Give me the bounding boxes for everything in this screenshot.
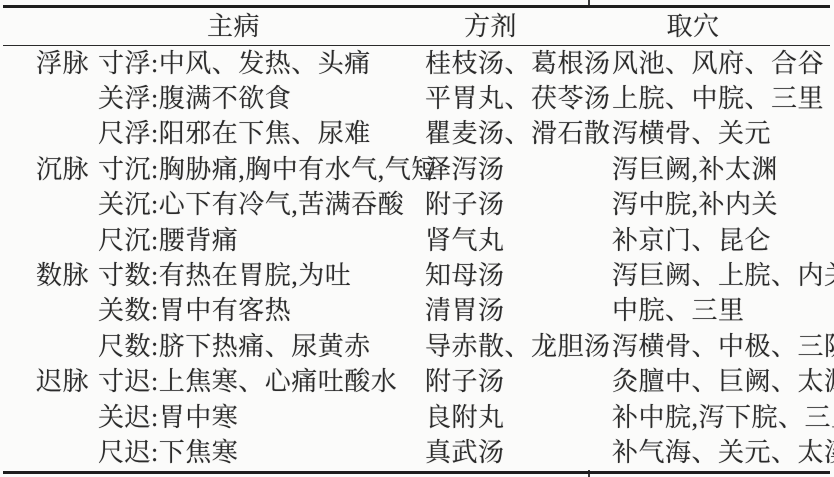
header-pulse-blank (3, 8, 98, 45)
points-cell: 补中脘,泻下脘、三里 (612, 400, 834, 435)
table-row: 关沉:心下有冷气,苦满吞酸 附子汤 泻中脘,补内关 (3, 188, 830, 223)
formula-cell: 真武汤 (425, 435, 612, 470)
formula-cell: 清胃汤 (425, 294, 612, 329)
pulse-label: 沉脉 (3, 152, 98, 187)
disease-cell: 关浮:腹满不欲食 (98, 81, 425, 116)
disease-cell: 寸数:有热在胃脘,为吐 (98, 258, 425, 293)
points-cell: 泻巨阙、上脘、内关 (612, 258, 834, 293)
table-row: 关浮:腹满不欲食 平胃丸、茯苓汤 上脘、中脘、三里 (3, 81, 830, 116)
header-formula: 方剂 (425, 8, 612, 45)
points-cell: 泻横骨、关元 (612, 117, 830, 152)
table-row: 浮脉 寸浮:中风、发热、头痛 桂枝汤、葛根汤 风池、风府、合谷 (3, 46, 830, 81)
pulse-label: 迟脉 (3, 365, 98, 400)
formula-cell: 知母汤 (425, 258, 612, 293)
disease-cell: 寸浮:中风、发热、头痛 (98, 46, 425, 81)
disease-cell: 尺数:脐下热痛、尿黄赤 (98, 329, 425, 364)
table-row: 尺沉:腰背痛 肾气丸 补京门、昆仑 (3, 223, 830, 258)
pulse-label-empty (3, 400, 98, 435)
pulse-label-empty (3, 117, 98, 152)
points-cell: 泻中脘,补内关 (612, 188, 830, 223)
pulse-label-empty (3, 81, 98, 116)
points-cell: 泻巨阙,补太渊 (612, 152, 830, 187)
header-main-disease: 主病 (98, 8, 425, 45)
table-row: 关数:胃中有客热 清胃汤 中脘、三里 (3, 294, 830, 329)
table-header-row: 主病 方剂 取穴 (3, 8, 830, 46)
disease-cell: 尺迟:下焦寒 (98, 435, 425, 470)
disease-cell: 关沉:心下有冷气,苦满吞酸 (98, 188, 425, 223)
scanned-table-page: 主病 方剂 取穴 浮脉 寸浮:中风、发热、头痛 桂枝汤、葛根汤 风池、风府、合谷… (0, 0, 834, 477)
pulse-label-empty (3, 435, 98, 470)
formula-cell: 附子汤 (425, 188, 612, 223)
formula-cell: 瞿麦汤、滑石散 (425, 117, 612, 152)
points-cell: 中脘、三里 (612, 294, 830, 329)
pulse-label-empty (3, 223, 98, 258)
table-row: 数脉 寸数:有热在胃脘,为吐 知母汤 泻巨阙、上脘、内关 (3, 258, 830, 293)
table-row: 沉脉 寸沉:胸胁痛,胸中有水气,气短 泽泻汤 泻巨阙,补太渊 (3, 152, 830, 187)
pulse-label: 浮脉 (3, 46, 98, 81)
table-row: 尺迟:下焦寒 真武汤 补气海、关元、太溪 (3, 435, 830, 470)
formula-cell: 肾气丸 (425, 223, 612, 258)
table-row: 关迟:胃中寒 良附丸 补中脘,泻下脘、三里 (3, 400, 830, 435)
pulse-label-empty (3, 188, 98, 223)
formula-cell: 导赤散、龙胆汤 (425, 329, 612, 364)
table-row: 尺数:脐下热痛、尿黄赤 导赤散、龙胆汤 泻横骨、中极、三阴交 (3, 329, 830, 364)
pulse-label-empty (3, 329, 98, 364)
formula-cell: 桂枝汤、葛根汤 (425, 46, 612, 81)
disease-cell: 关迟:胃中寒 (98, 400, 425, 435)
pulse-label-empty (3, 294, 98, 329)
disease-cell: 尺浮:阳邪在下焦、尿难 (98, 117, 425, 152)
points-cell: 风池、风府、合谷 (612, 46, 830, 81)
header-acupoints: 取穴 (612, 8, 830, 45)
points-cell: 补气海、关元、太溪 (612, 435, 834, 470)
points-cell: 泻横骨、中极、三阴交 (612, 329, 834, 364)
disease-cell: 尺沉:腰背痛 (98, 223, 425, 258)
points-cell: 上脘、中脘、三里 (612, 81, 830, 116)
pulse-diagnosis-table: 主病 方剂 取穴 浮脉 寸浮:中风、发热、头痛 桂枝汤、葛根汤 风池、风府、合谷… (3, 5, 830, 474)
table-row: 迟脉 寸迟:上焦寒、心痛吐酸水 附子汤 灸膻中、巨阙、太渊 (3, 365, 830, 400)
formula-cell: 平胃丸、茯苓汤 (425, 81, 612, 116)
formula-cell: 良附丸 (425, 400, 612, 435)
formula-cell: 泽泻汤 (425, 152, 612, 187)
disease-cell: 关数:胃中有客热 (98, 294, 425, 329)
formula-cell: 附子汤 (425, 365, 612, 400)
points-cell: 补京门、昆仑 (612, 223, 830, 258)
disease-cell: 寸沉:胸胁痛,胸中有水气,气短 (98, 152, 425, 187)
pulse-label: 数脉 (3, 258, 98, 293)
disease-cell: 寸迟:上焦寒、心痛吐酸水 (98, 365, 425, 400)
table-row: 尺浮:阳邪在下焦、尿难 瞿麦汤、滑石散 泻横骨、关元 (3, 117, 830, 152)
points-cell: 灸膻中、巨阙、太渊 (612, 365, 834, 400)
